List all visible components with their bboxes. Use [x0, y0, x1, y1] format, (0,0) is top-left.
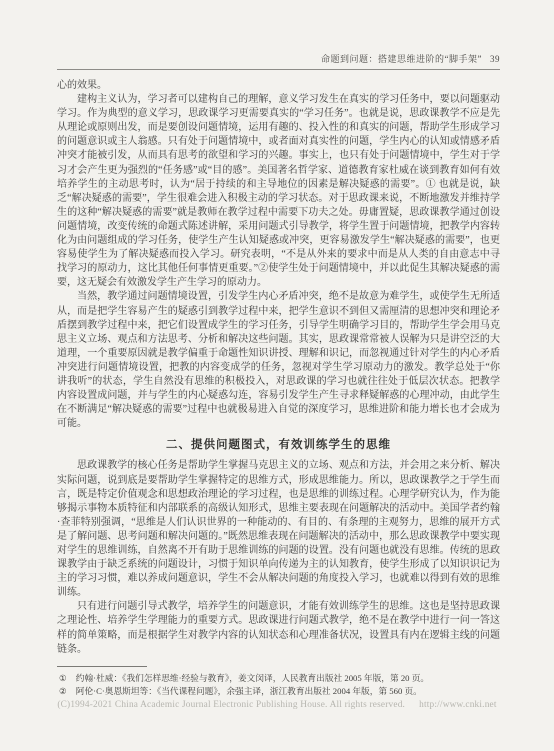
footnote-text: 约翰·杜威：《我们怎样思维·经验与教育》，姜文闵译，人民教育出版社 2005 年…	[76, 672, 500, 685]
paragraph-continuation: 心的效果。	[57, 79, 500, 93]
paragraph: 只有进行问题引导式教学，培养学生的问题意识，才能有效训练学生的思维。这也是坚持思…	[57, 600, 500, 656]
running-header: 命题到问题：搭建思维进阶的“脚手架”39	[57, 52, 500, 65]
running-title: 命题到问题：搭建思维进阶的“脚手架”	[321, 54, 482, 64]
footnote-marker: ②	[59, 685, 67, 698]
footnote-item: ② 阿伦·C·奥恩斯坦等：《当代课程问题》，余强主译，浙江教育出版社 2004 …	[57, 685, 500, 698]
footnote-item: ① 约翰·杜威：《我们怎样思维·经验与教育》，姜文闵译，人民教育出版社 2005…	[57, 672, 500, 685]
footnote-divider	[57, 666, 147, 667]
paragraph: 建构主义认为，学习者可以建构自己的理解，意义学习发生在真实的学习任务中，要以问题…	[57, 93, 500, 290]
paragraph: 当然，教学通过问题情境设置，引发学生内心矛盾冲突，绝不是故意为难学生，或使学生无…	[57, 290, 500, 431]
paragraph: 思政课教学的核心任务是帮助学生掌握马克思主义的立场、观点和方法，并会用之来分析、…	[57, 459, 500, 600]
footnote-marker: ①	[59, 672, 67, 685]
cnki-url: http://www.cnki.net	[419, 700, 497, 710]
document-page: 命题到问题：搭建思维进阶的“脚手架”39 心的效果。 建构主义认为，学习者可以建…	[0, 0, 554, 751]
footnotes: ① 约翰·杜威：《我们怎样思维·经验与教育》，姜文闵译，人民教育出版社 2005…	[57, 666, 500, 698]
copyright-text: (C)1994-2021 China Academic Journal Elec…	[57, 700, 405, 710]
section-heading: 二、提供问题图式，有效训练学生的思维	[57, 438, 500, 452]
footnote-text: 阿伦·C·奥恩斯坦等：《当代课程问题》，余强主译，浙江教育出版社 2004 年版…	[76, 685, 500, 698]
header-rule	[57, 69, 500, 70]
copyright-footer: (C)1994-2021 China Academic Journal Elec…	[0, 700, 554, 710]
page-body: 心的效果。 建构主义认为，学习者可以建构自己的理解，意义学习发生在真实的学习任务…	[57, 79, 500, 698]
page-number: 39	[490, 54, 500, 64]
